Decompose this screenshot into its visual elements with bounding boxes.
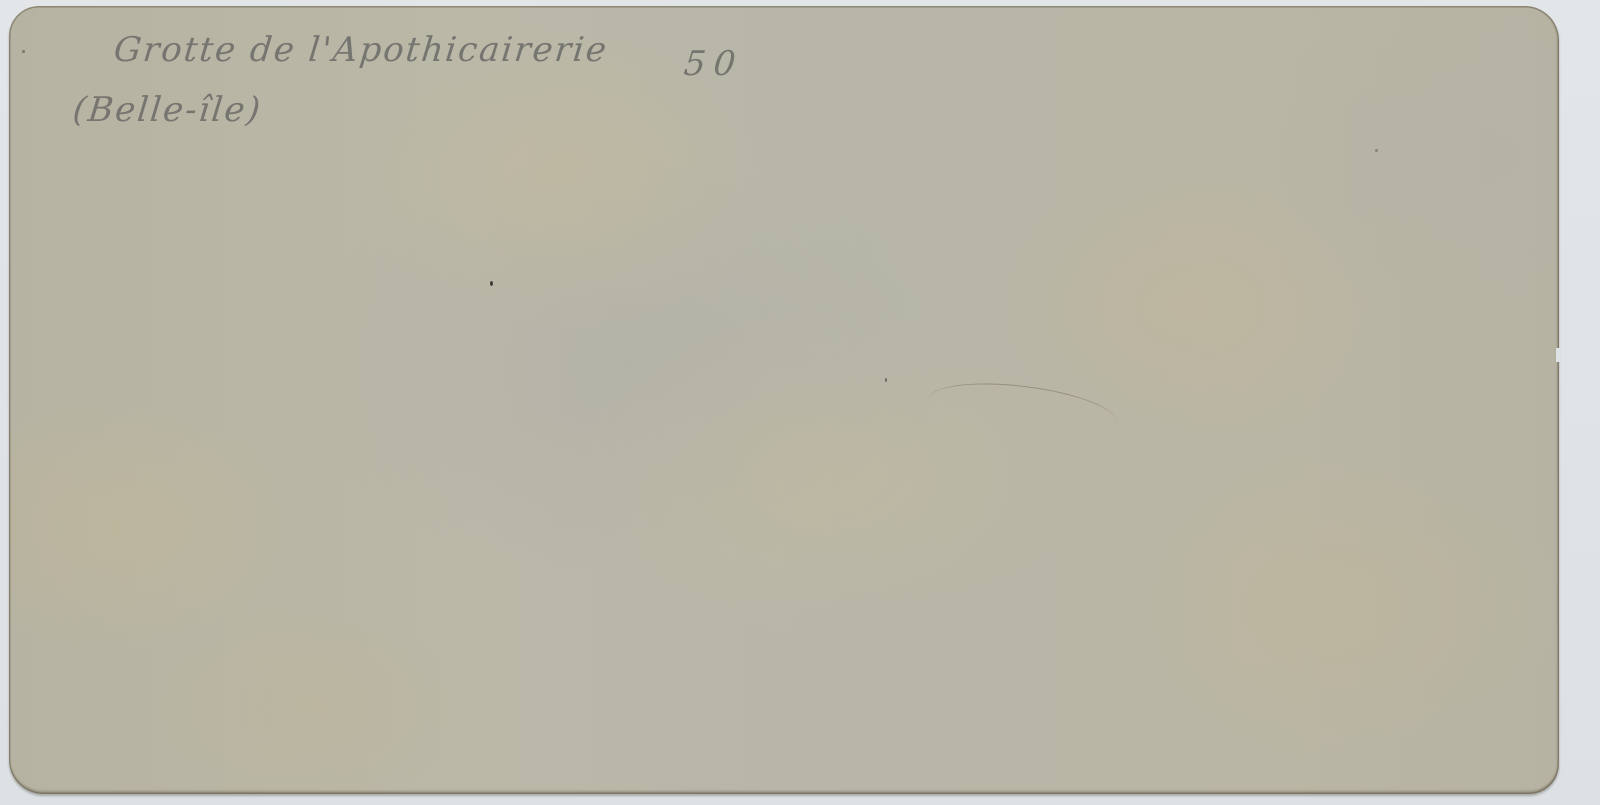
edge-notch	[1556, 348, 1560, 362]
dust-speck	[1375, 149, 1378, 152]
surface-scratch	[928, 375, 1120, 423]
photo-scene: Grotte de l'Apothicairerie 50 (Belle-île…	[0, 0, 1600, 805]
handwritten-number: 50	[682, 44, 745, 84]
stereoview-card-back: Grotte de l'Apothicairerie 50 (Belle-île…	[9, 6, 1559, 794]
dust-speck	[885, 378, 887, 382]
dust-speck	[490, 281, 493, 286]
handwritten-title: Grotte de l'Apothicairerie	[112, 30, 610, 70]
handwritten-location: (Belle-île)	[71, 90, 264, 130]
dust-speck	[22, 50, 25, 53]
